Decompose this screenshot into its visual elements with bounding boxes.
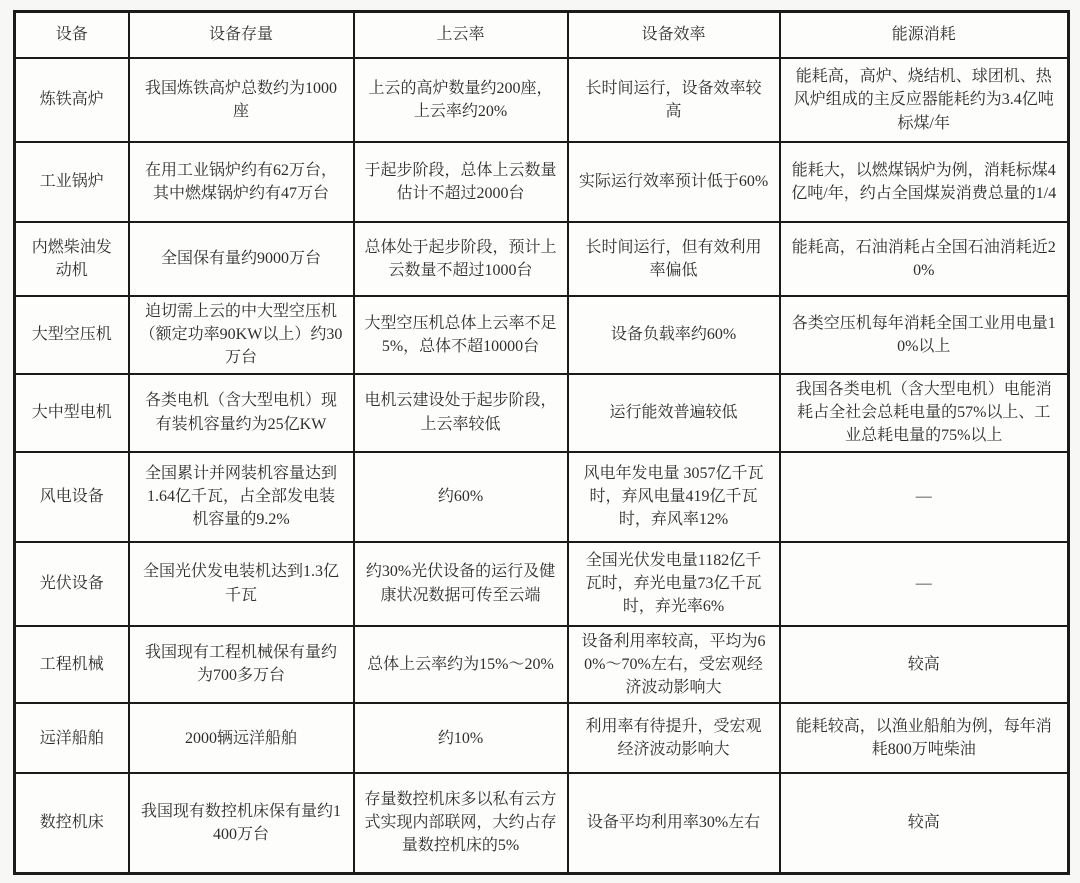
cell-stock: 2000辆远洋船舶	[129, 703, 354, 773]
cell-efficiency: 长时间运行，但有效利用率偏低	[568, 222, 780, 296]
cell-energy: 能耗较高，以渔业船舶为例，每年消耗800万吨柴油	[780, 703, 1069, 773]
cell-stock: 我国现有数控机床保有量约1400万台	[129, 773, 354, 873]
column-header-device: 设备	[15, 12, 129, 59]
cell-stock: 迫切需上云的中大型空压机（额定功率90KW以上）约30万台	[129, 296, 354, 374]
cell-device: 数控机床	[15, 773, 129, 873]
cell-efficiency: 设备负载率约60%	[568, 296, 780, 374]
cell-energy: 较高	[780, 773, 1069, 873]
column-header-efficiency: 设备效率	[568, 12, 780, 59]
cell-energy: 能耗大，以燃煤锅炉为例，消耗标煤4亿吨/年，约占全国煤炭消费总量的1/4	[780, 142, 1069, 222]
cell-cloud-rate: 电机云建设处于起步阶段，上云率较低	[354, 374, 568, 452]
cell-cloud-rate: 总体上云率约为15%～20%	[354, 626, 568, 704]
cell-stock: 我国炼铁高炉总数约为1000座	[129, 58, 354, 142]
cell-energy: 较高	[780, 626, 1069, 704]
cell-efficiency: 设备利用率较高，平均为60%～70%左右，受宏观经济波动影响大	[568, 626, 780, 704]
cell-device: 光伏设备	[15, 542, 129, 626]
cell-cloud-rate: 于起步阶段，总体上云数量估计不超过2000台	[354, 142, 568, 222]
cell-energy: 我国各类电机（含大型电机）电能消耗占全社会总耗电量的57%以上、工业总耗电量的7…	[780, 374, 1069, 452]
table-row: 工业锅炉 在用工业锅炉约有62万台，其中燃煤锅炉约有47万台 于起步阶段，总体上…	[15, 142, 1069, 222]
cell-efficiency: 利用率有待提升，受宏观经济波动影响大	[568, 703, 780, 773]
cell-efficiency: 全国光伏发电量1182亿千瓦时，弃光电量73亿千瓦时，弃光率6%	[568, 542, 780, 626]
cell-cloud-rate: 上云的高炉数量约200座，上云率约20%	[354, 58, 568, 142]
cell-device: 内燃柴油发动机	[15, 222, 129, 296]
table-row: 炼铁高炉 我国炼铁高炉总数约为1000座 上云的高炉数量约200座，上云率约20…	[15, 58, 1069, 142]
column-header-cloud-rate: 上云率	[354, 12, 568, 59]
cell-efficiency: 运行能效普遍较低	[568, 374, 780, 452]
table-row: 远洋船舶 2000辆远洋船舶 约10% 利用率有待提升，受宏观经济波动影响大 能…	[15, 703, 1069, 773]
cell-device: 远洋船舶	[15, 703, 129, 773]
column-header-stock: 设备存量	[129, 12, 354, 59]
cell-energy: —	[780, 542, 1069, 626]
table-row: 光伏设备 全国光伏发电装机达到1.3亿千瓦 约30%光伏设备的运行及健康状况数据…	[15, 542, 1069, 626]
column-header-energy: 能源消耗	[780, 12, 1069, 59]
cell-device: 风电设备	[15, 452, 129, 542]
table-row: 大中型电机 各类电机（含大型电机）现有装机容量约为25亿KW 电机云建设处于起步…	[15, 374, 1069, 452]
cell-efficiency: 长时间运行，设备效率较高	[568, 58, 780, 142]
cell-device: 工业锅炉	[15, 142, 129, 222]
table-row: 风电设备 全国累计并网装机容量达到1.64亿千瓦，占全部发电装机容量的9.2% …	[15, 452, 1069, 542]
cell-efficiency: 设备平均利用率30%左右	[568, 773, 780, 873]
cell-efficiency: 风电年发电量 3057亿千瓦时，弃风电量419亿千瓦时，弃风率12%	[568, 452, 780, 542]
cell-energy: —	[780, 452, 1069, 542]
cell-energy: 能耗高，石油消耗占全国石油消耗近20%	[780, 222, 1069, 296]
cell-cloud-rate: 存量数控机床多以私有云方式实现内部联网，大约占存量数控机床的5%	[354, 773, 568, 873]
cell-cloud-rate: 约10%	[354, 703, 568, 773]
table-row: 大型空压机 迫切需上云的中大型空压机（额定功率90KW以上）约30万台 大型空压…	[15, 296, 1069, 374]
table-container: 设备 设备存量 上云率 设备效率 能源消耗 炼铁高炉 我国炼铁高炉总数约为100…	[0, 0, 1080, 883]
header-row: 设备 设备存量 上云率 设备效率 能源消耗	[15, 12, 1069, 59]
cell-cloud-rate: 总体处于起步阶段，预计上云数量不超过1000台	[354, 222, 568, 296]
cell-stock: 全国累计并网装机容量达到1.64亿千瓦，占全部发电装机容量的9.2%	[129, 452, 354, 542]
cell-device: 工程机械	[15, 626, 129, 704]
table-row: 数控机床 我国现有数控机床保有量约1400万台 存量数控机床多以私有云方式实现内…	[15, 773, 1069, 873]
cell-device: 大中型电机	[15, 374, 129, 452]
cell-cloud-rate: 大型空压机总体上云率不足5%，总体不超10000台	[354, 296, 568, 374]
cell-stock: 全国保有量约9000万台	[129, 222, 354, 296]
cell-cloud-rate: 约60%	[354, 452, 568, 542]
table-row: 工程机械 我国现有工程机械保有量约为700多万台 总体上云率约为15%～20% …	[15, 626, 1069, 704]
cell-device: 炼铁高炉	[15, 58, 129, 142]
cell-cloud-rate: 约30%光伏设备的运行及健康状况数据可传至云端	[354, 542, 568, 626]
cell-energy: 各类空压机每年消耗全国工业用电量10%以上	[780, 296, 1069, 374]
table-row: 内燃柴油发动机 全国保有量约9000万台 总体处于起步阶段，预计上云数量不超过1…	[15, 222, 1069, 296]
cell-energy: 能耗高，高炉、烧结机、球团机、热风炉组成的主反应器能耗约为3.4亿吨标煤/年	[780, 58, 1069, 142]
cell-stock: 我国现有工程机械保有量约为700多万台	[129, 626, 354, 704]
equipment-table: 设备 设备存量 上云率 设备效率 能源消耗 炼铁高炉 我国炼铁高炉总数约为100…	[13, 10, 1070, 875]
cell-device: 大型空压机	[15, 296, 129, 374]
cell-stock: 在用工业锅炉约有62万台，其中燃煤锅炉约有47万台	[129, 142, 354, 222]
cell-stock: 全国光伏发电装机达到1.3亿千瓦	[129, 542, 354, 626]
cell-stock: 各类电机（含大型电机）现有装机容量约为25亿KW	[129, 374, 354, 452]
cell-efficiency: 实际运行效率预计低于60%	[568, 142, 780, 222]
